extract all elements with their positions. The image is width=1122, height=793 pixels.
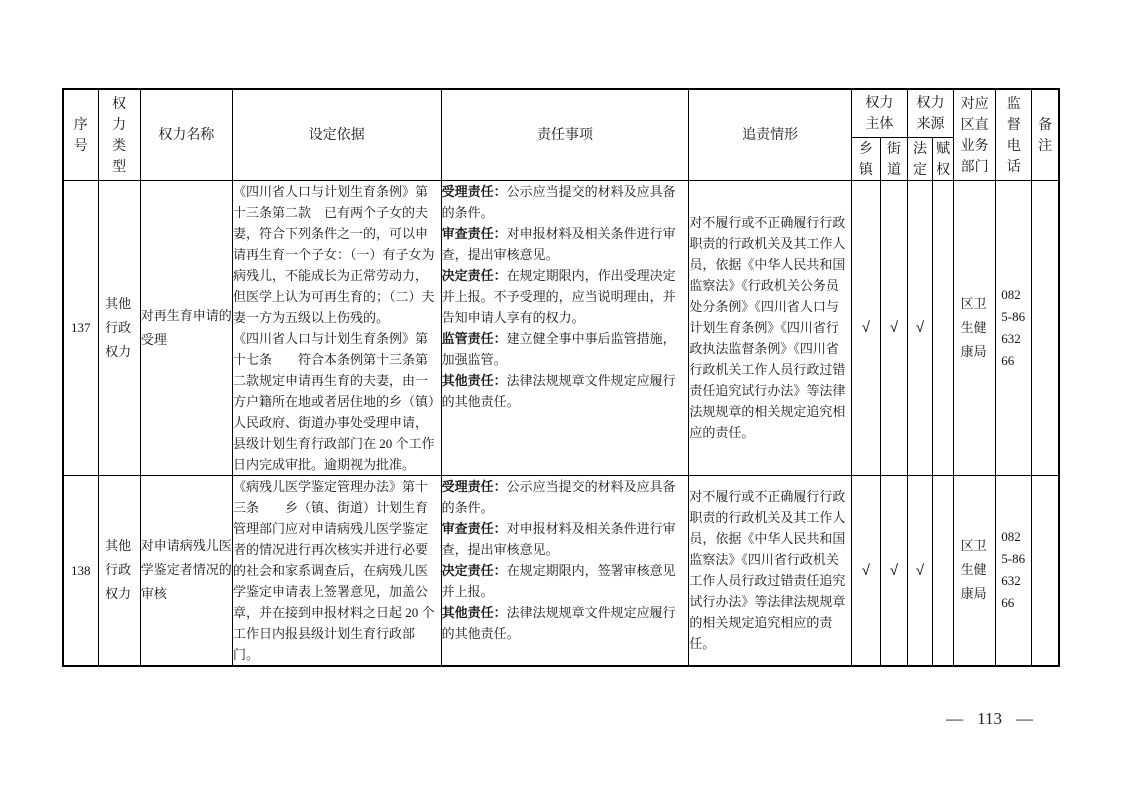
table-body: 137 其他行政权力 对再生育申请的受理 《四川省人口与计划生育条例》第十三条第…	[63, 180, 1059, 666]
cell-empowered-check	[933, 475, 954, 666]
col-header-statutory: 法定	[907, 137, 932, 180]
table-header: 序号 权力类型 权力名称 设定依据 责任事项 追责情形 权力主体 权力来源 对应…	[63, 89, 1059, 180]
cell-remark	[1032, 180, 1059, 475]
power-list-table: 序号 权力类型 权力名称 设定依据 责任事项 追责情形 权力主体 权力来源 对应…	[62, 88, 1060, 667]
cell-department: 区卫生健康局	[954, 475, 996, 666]
footer-dash-left: —	[946, 709, 963, 728]
cell-street-check: √	[880, 180, 907, 475]
cell-phone: 0825-8663266	[996, 475, 1032, 666]
page-footer: —113—	[939, 707, 1040, 731]
col-header-empowered: 赋权	[933, 137, 954, 180]
footer-dash-right: —	[1016, 709, 1033, 728]
cell-power-name: 对申请病残儿医学鉴定者情况的审核	[140, 475, 232, 666]
cell-remark	[1032, 475, 1059, 666]
cell-phone: 0825-8663266	[996, 180, 1032, 475]
cell-township-check: √	[851, 180, 880, 475]
col-header-accountability: 追责情形	[689, 89, 851, 180]
cell-seq: 137	[63, 180, 98, 475]
col-header-basis: 设定依据	[232, 89, 441, 180]
cell-township-check: √	[851, 475, 880, 666]
cell-street-check: √	[880, 475, 907, 666]
col-header-power-type: 权力类型	[98, 89, 140, 180]
cell-power-type: 其他行政权力	[98, 180, 140, 475]
cell-seq: 138	[63, 475, 98, 666]
cell-department: 区卫生健康局	[954, 180, 996, 475]
footer-page-number: 113	[977, 709, 1002, 728]
col-header-street: 街道	[880, 137, 907, 180]
cell-statutory-check: √	[907, 475, 932, 666]
col-header-department: 对应区直业务部门	[954, 89, 996, 180]
cell-duties: 受理责任：公示应当提交的材料及应具备的条件。审查责任：对申报材料及相关条件进行审…	[441, 180, 689, 475]
cell-statutory-check: √	[907, 180, 932, 475]
cell-power-name: 对再生育申请的受理	[140, 180, 232, 475]
col-header-seq: 序号	[63, 89, 98, 180]
col-header-township: 乡镇	[851, 137, 880, 180]
cell-basis: 《四川省人口与计划生育条例》第十三条第二款 已有两个子女的夫妻，符合下列条件之一…	[232, 180, 441, 475]
col-header-power-subject: 权力主体	[851, 89, 907, 137]
table-row: 138 其他行政权力 对申请病残儿医学鉴定者情况的审核 《病残儿医学鉴定管理办法…	[63, 475, 1059, 666]
cell-power-type: 其他行政权力	[98, 475, 140, 666]
col-header-power-name: 权力名称	[140, 89, 232, 180]
col-header-phone: 监督电话	[996, 89, 1032, 180]
table-row: 137 其他行政权力 对再生育申请的受理 《四川省人口与计划生育条例》第十三条第…	[63, 180, 1059, 475]
cell-accountability: 对不履行或不正确履行行政职责的行政机关及其工作人员，依据《中华人民共和国监察法》…	[689, 180, 851, 475]
col-header-duties: 责任事项	[441, 89, 689, 180]
cell-accountability: 对不履行或不正确履行行政职责的行政机关及其工作人员，依据《中华人民共和国监察法》…	[689, 475, 851, 666]
col-header-remark: 备注	[1032, 89, 1059, 180]
col-header-power-source: 权力来源	[907, 89, 953, 137]
cell-duties: 受理责任：公示应当提交的材料及应具备的条件。审查责任：对申报材料及相关条件进行审…	[441, 475, 689, 666]
cell-basis: 《病残儿医学鉴定管理办法》第十三条 乡（镇、街道）计划生育管理部门应对申请病残儿…	[232, 475, 441, 666]
cell-empowered-check	[933, 180, 954, 475]
